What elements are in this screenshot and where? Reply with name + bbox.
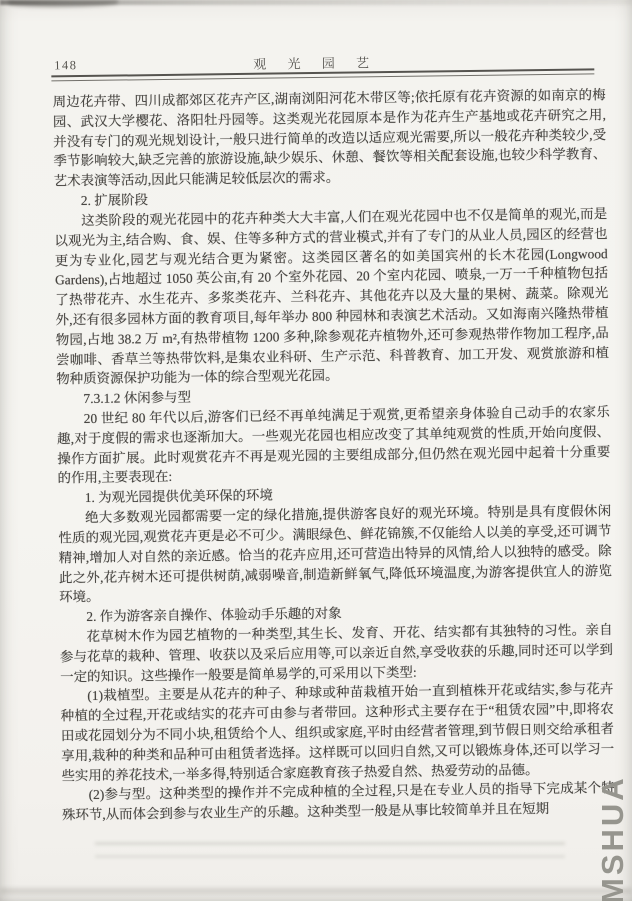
body-paragraph: (1)栽植型。主要是从花卉的种子、种球或种苗栽植开始一直到植株开花或结实,参与花…: [60, 680, 614, 786]
scan-bleedthrough-ghost: [95, 842, 565, 866]
printed-area: 148 观 光 园 艺 周边花卉带、四川成都郊区花卉产区,湖南浏阳河花木带区等;…: [0, 0, 632, 901]
body-paragraph: 周边花卉带、四川成都郊区花卉产区,湖南浏阳河花木带区等;依托原有花卉资源的如南京…: [53, 85, 607, 191]
body-paragraph: 20 世纪 80 年代以后,游客们已经不再单纯满足于观赏,更希望亲身体验自己动手…: [57, 402, 611, 488]
watermark-text: MSHUA: [593, 784, 632, 901]
scan-artifact-bottom-band: [0, 888, 632, 894]
body-paragraph: 绝大多数观光园都需要一定的绿化措施,提供游客良好的观光环境。特别是具有度假休闲性…: [58, 501, 612, 607]
body-paragraph: 花草树木作为园艺植物的一种类型,其生长、发育、开花、结实都有其独特的习性。亲自参…: [60, 620, 614, 687]
scanned-book-page: 148 观 光 园 艺 周边花卉带、四川成都郊区花卉产区,湖南浏阳河花木带区等;…: [0, 0, 632, 901]
body-paragraph: (2)参与型。这种类型的操作并不完成种植的全过程,只是在专业人员的指导下完成某个…: [62, 779, 615, 826]
page-body-text: 周边花卉带、四川成都郊区花卉产区,湖南浏阳河花木带区等;依托原有花卉资源的如南京…: [53, 85, 616, 825]
body-paragraph: 这类阶段的观光花园中的花卉种类大大丰富,人们在观光花园中也不仅是简单的观光,而是…: [54, 204, 609, 390]
